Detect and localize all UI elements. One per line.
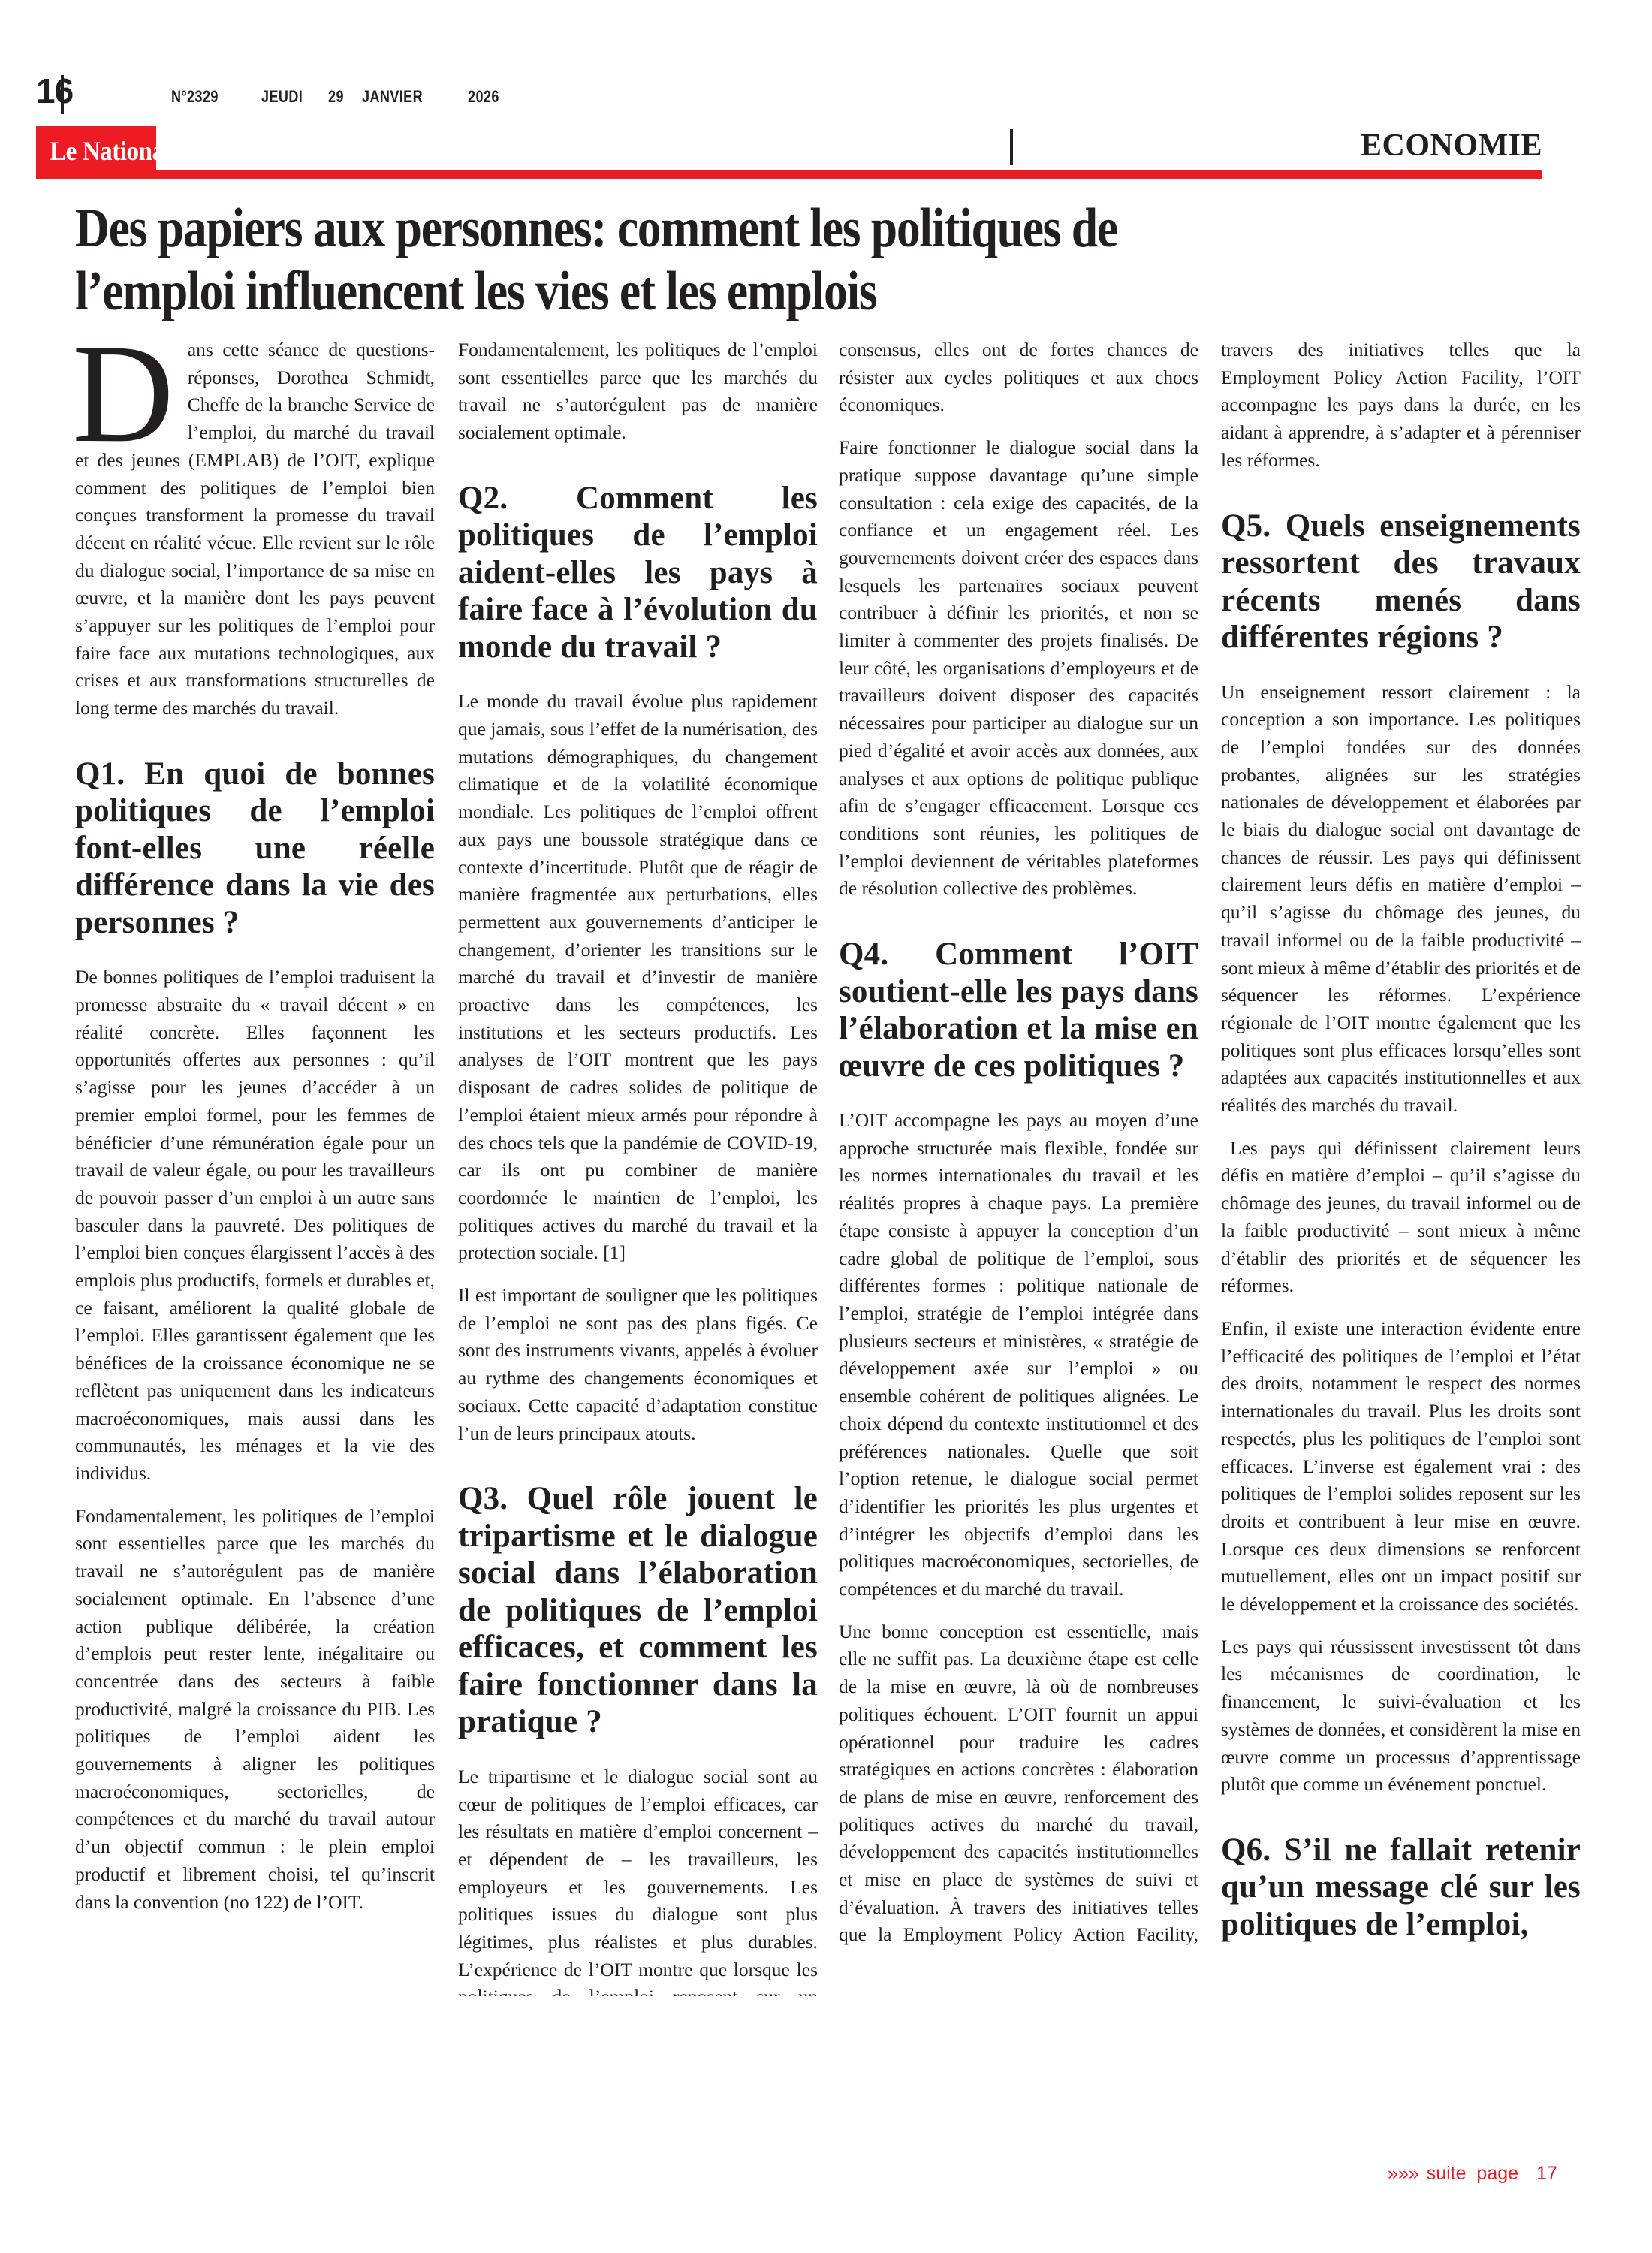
- headline-line-1: Des papiers aux personnes: comment les p…: [75, 198, 1117, 259]
- answer-paragraph: Les pays qui réussissent investissent tô…: [1221, 1633, 1581, 1799]
- answer-paragraph: Faire fonctionner le dialogue social dan…: [839, 434, 1198, 903]
- drop-cap: D: [72, 341, 174, 445]
- header-rule: [36, 170, 1542, 179]
- question-heading-4: Q4. Comment l’OIT soutient-elle les pays…: [839, 936, 1198, 1084]
- article-column-3: consensus, elles ont de fortes chances d…: [839, 336, 1198, 1964]
- answer-paragraph: Les pays qui définissent clairement leur…: [1221, 1135, 1581, 1300]
- article-column-1: Dans cette séance de questions-réponses,…: [75, 336, 435, 1931]
- continuation-link[interactable]: »»»suite page17: [1388, 2163, 1565, 2185]
- answer-paragraph: Le tripartisme et le dialogue social son…: [458, 1763, 818, 1996]
- question-heading-1: Q1. En quoi de bonnes politiques de l’em…: [75, 756, 435, 942]
- answer-paragraph-continued: consensus, elles ont de fortes chances d…: [839, 336, 1198, 419]
- question-heading-3: Q3. Quel rôle jouent le tripartisme et l…: [458, 1480, 818, 1741]
- answer-paragraph: De bonnes politiques de l’emploi traduis…: [75, 964, 435, 1487]
- answer-paragraph: Enfin, il existe une interaction évident…: [1221, 1315, 1581, 1618]
- continuation-page: 17: [1536, 2163, 1557, 2184]
- question-heading-6: Q6. S’il ne fallait retenir qu’un messag…: [1221, 1832, 1581, 1944]
- article-column-4: travers des initiatives telles que la Em…: [1221, 336, 1581, 1965]
- answer-paragraph: Une bonne conception est essentielle, ma…: [839, 1618, 1198, 1949]
- question-heading-2: Q2. Comment les politiques de l’emploi a…: [458, 480, 818, 666]
- continuation-label: suite page: [1427, 2163, 1518, 2184]
- issue-weekday: JEUDI: [261, 87, 303, 107]
- answer-paragraph: Un enseignement ressort clairement : la …: [1221, 679, 1581, 1120]
- answer-paragraph: L’OIT accompagne les pays au moyen d’une…: [839, 1107, 1198, 1603]
- answer-paragraph: Fondamentalement, les politiques de l’em…: [458, 336, 818, 447]
- intro-paragraph: Dans cette séance de questions-réponses,…: [75, 336, 435, 722]
- issue-number: N°2329: [171, 87, 219, 107]
- answer-paragraph: Fondamentalement, les politiques de l’em…: [75, 1503, 435, 1917]
- page-number: 16: [36, 74, 73, 108]
- article-headline: Des papiers aux personnes: comment les p…: [75, 197, 1302, 323]
- answer-paragraph: Il est important de souligner que les po…: [458, 1282, 818, 1447]
- issue-year: 2026: [468, 87, 499, 107]
- issue-day: 29: [328, 87, 344, 107]
- article-column-2: Fondamentalement, les politiques de l’em…: [458, 336, 818, 1996]
- section-divider: [1010, 129, 1013, 165]
- headline-line-2: l’emploi influencent les vies et les emp…: [75, 261, 876, 322]
- continuation-arrows-icon: »»»: [1388, 2163, 1419, 2184]
- question-heading-5: Q5. Quels enseignements ressortent des t…: [1221, 508, 1581, 656]
- issue-month: JANVIER: [362, 87, 423, 107]
- brand-logo: Le National: [50, 135, 170, 167]
- answer-paragraph: Le monde du travail évolue plus rapideme…: [458, 688, 818, 1267]
- page-number-divider: [61, 75, 64, 114]
- section-label: ECONOMIE: [1361, 128, 1542, 164]
- answer-paragraph-continued: travers des initiatives telles que la Em…: [1221, 336, 1581, 475]
